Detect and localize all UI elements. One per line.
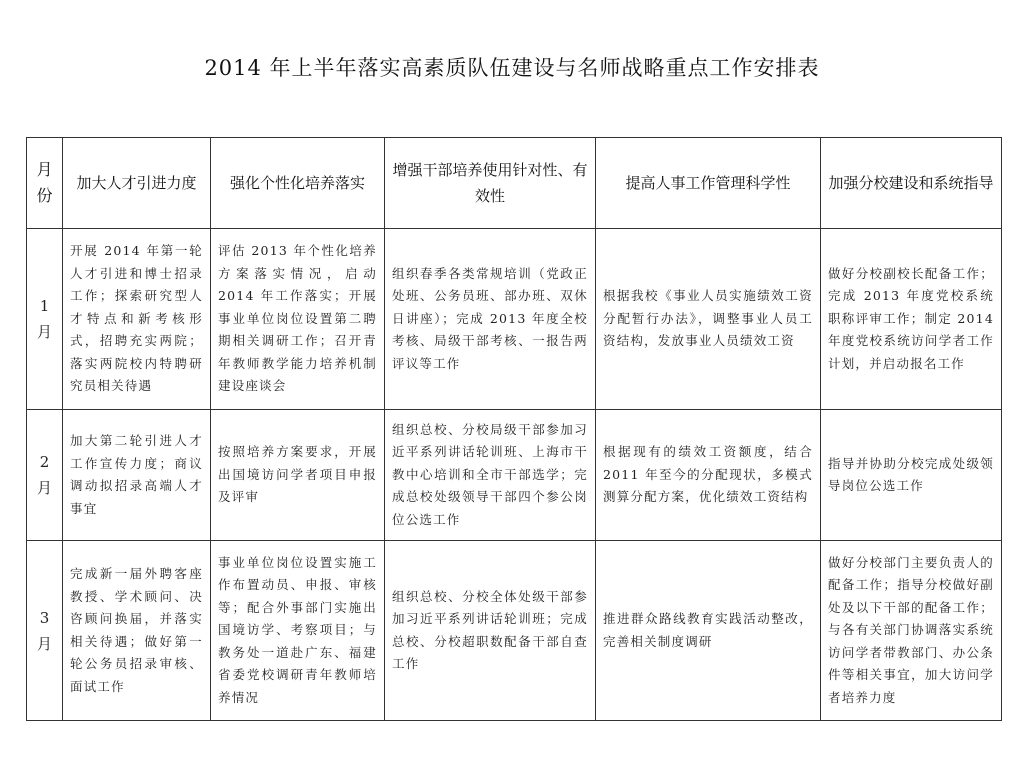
table-cell: 事业单位岗位设置实施工作布置动员、申报、审核等；配合外事部门实施出国境访学、考察… <box>211 541 385 721</box>
month-unit: 月 <box>27 319 62 345</box>
month-unit: 月 <box>27 475 62 501</box>
column-header-hr-management: 提高人事工作管理科学性 <box>596 138 821 229</box>
page-title: 2014 年上半年落实高素质队伍建设与名师战略重点工作安排表 <box>0 52 1024 82</box>
month-number: 3 <box>27 605 62 631</box>
month-cell: 1 月 <box>27 229 63 410</box>
table-row-february: 2 月 加大第二轮引进人才工作宣传力度；商议调动拟招录高端人才事宜 按照培养方案… <box>27 410 1002 541</box>
table-cell: 评估 2013 年个性化培养方案落实情况，启动 2014 年工作落实；开展事业单… <box>211 229 385 410</box>
month-cell: 3 月 <box>27 541 63 721</box>
table-row-march: 3 月 完成新一届外聘客座教授、学术顾问、决咨顾问换届，并落实相关待遇；做好第一… <box>27 541 1002 721</box>
month-unit: 月 <box>27 631 62 657</box>
table-cell: 组织春季各类常规培训（党政正处班、公务员班、部办班、双休日讲座）；完成 2013… <box>385 229 596 410</box>
column-header-talent-recruitment: 加大人才引进力度 <box>63 138 211 229</box>
table-cell: 组织总校、分校局级干部参加习近平系列讲话轮训班、上海市干教中心培训和全市干部选学… <box>385 410 596 541</box>
table-cell: 按照培养方案要求，开展出国境访问学者项目申报及评审 <box>211 410 385 541</box>
table-cell: 开展 2014 年第一轮人才引进和博士招录工作；探索研究型人才特点和新考核形式，… <box>63 229 211 410</box>
table-row-january: 1 月 开展 2014 年第一轮人才引进和博士招录工作；探索研究型人才特点和新考… <box>27 229 1002 410</box>
table-header-row: 月份 加大人才引进力度 强化个性化培养落实 增强干部培养使用针对性、有效性 提高… <box>27 138 1002 229</box>
column-header-branch-guidance: 加强分校建设和系统指导 <box>821 138 1002 229</box>
table-cell: 根据现有的绩效工资额度，结合 2011 年至今的分配现状，多模式测算分配方案，优… <box>596 410 821 541</box>
month-number: 1 <box>27 293 62 319</box>
table-cell: 指导并协助分校完成处级领导岗位公选工作 <box>821 410 1002 541</box>
column-header-month: 月份 <box>27 138 63 229</box>
month-cell: 2 月 <box>27 410 63 541</box>
table-cell: 推进群众路线教育实践活动整改，完善相关制度调研 <box>596 541 821 721</box>
table-cell: 加大第二轮引进人才工作宣传力度；商议调动拟招录高端人才事宜 <box>63 410 211 541</box>
table-cell: 根据我校《事业人员实施绩效工资分配暂行办法》，调整事业人员工资结构，发放事业人员… <box>596 229 821 410</box>
table-cell: 做好分校副校长配备工作；完成 2013 年度党校系统职称评审工作；制定 2014… <box>821 229 1002 410</box>
table-cell: 做好分校部门主要负责人的配备工作；指导分校做好副处及以下干部的配备工作；与各有关… <box>821 541 1002 721</box>
table-cell: 完成新一届外聘客座教授、学术顾问、决咨顾问换届，并落实相关待遇；做好第一轮公务员… <box>63 541 211 721</box>
table-cell: 组织总校、分校全体处级干部参加习近平系列讲话轮训班；完成总校、分校超职数配备干部… <box>385 541 596 721</box>
work-schedule-table: 月份 加大人才引进力度 强化个性化培养落实 增强干部培养使用针对性、有效性 提高… <box>26 137 1002 721</box>
column-header-cadre-training: 增强干部培养使用针对性、有效性 <box>385 138 596 229</box>
column-header-personalized-training: 强化个性化培养落实 <box>211 138 385 229</box>
month-number: 2 <box>27 449 62 475</box>
